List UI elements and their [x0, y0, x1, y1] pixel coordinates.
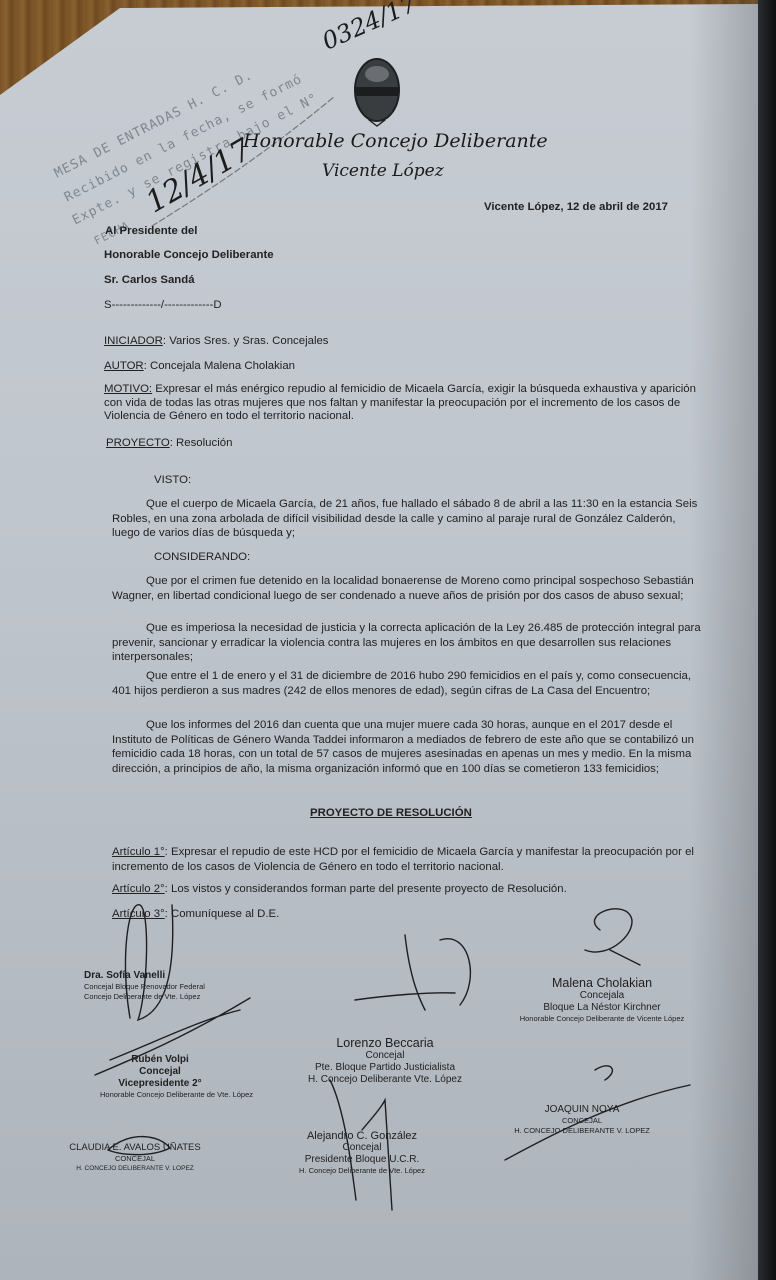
signatory-volpi: Rubén Volpi Concejal Vicepresidente 2° H… [100, 1054, 220, 1100]
signatory-name: Lorenzo Beccaria [300, 1036, 470, 1050]
signatory-line: Concejal [292, 1142, 432, 1154]
signatory-line: Concejal [100, 1066, 220, 1078]
signatory-line: Concejal [300, 1050, 470, 1062]
signatory-line: Honorable Concejo Deliberante de Vicente… [512, 1014, 692, 1024]
signatory-line: Presidente Bloque U.C.R. [292, 1154, 432, 1166]
signatory-line: H. CONCEJO DELIBERANTE V. LOPEZ [512, 1126, 652, 1136]
signatory-line: Concejala [512, 990, 692, 1002]
signatory-line: H. Concejo Deliberante Vte. López [300, 1074, 470, 1086]
signatory-noya: JOAQUIN NOYA CONCEJAL H. CONCEJO DELIBER… [512, 1104, 652, 1136]
signatory-name: CLAUDIA E. AVALOS UÑATES [60, 1142, 210, 1154]
signatory-line: Pte. Bloque Partido Justicialista [300, 1062, 470, 1074]
signatory-name: Rubén Volpi [100, 1054, 220, 1066]
signatory-line: Vicepresidente 2° [100, 1078, 220, 1090]
signatory-line: Bloque La Néstor Kirchner [512, 1002, 692, 1014]
signatory-name: Alejandro C. González [292, 1130, 432, 1142]
signatory-line: Honorable Concejo Deliberante de Vte. Ló… [100, 1090, 220, 1100]
signatory-name: Malena Cholakian [512, 976, 692, 990]
signatory-line: CONCEJAL [60, 1154, 210, 1164]
signatory-line: H. CONCEJO DELIBERANTE V. LOPEZ [60, 1164, 210, 1174]
signatory-name: Dra. Sofía Vanelli [84, 970, 205, 982]
signatory-name: JOAQUIN NOYA [512, 1104, 652, 1116]
signatory-line: Concejal Bloque Renovador Federal [84, 982, 205, 992]
signatory-vanelli: Dra. Sofía Vanelli Concejal Bloque Renov… [84, 970, 205, 1002]
signatory-gonzalez: Alejandro C. González Concejal President… [292, 1130, 432, 1176]
signatory-line: H. Concejo Deliberante de Vte. López [292, 1166, 432, 1176]
signatory-avalos: CLAUDIA E. AVALOS UÑATES CONCEJAL H. CON… [60, 1142, 210, 1174]
signatory-line: Concejo Deliberante de Vte. López [84, 992, 205, 1002]
signatory-line: CONCEJAL [512, 1116, 652, 1126]
signatory-cholakian: Malena Cholakian Concejala Bloque La Nés… [512, 976, 692, 1024]
signatory-beccaria: Lorenzo Beccaria Concejal Pte. Bloque Pa… [300, 1036, 470, 1086]
